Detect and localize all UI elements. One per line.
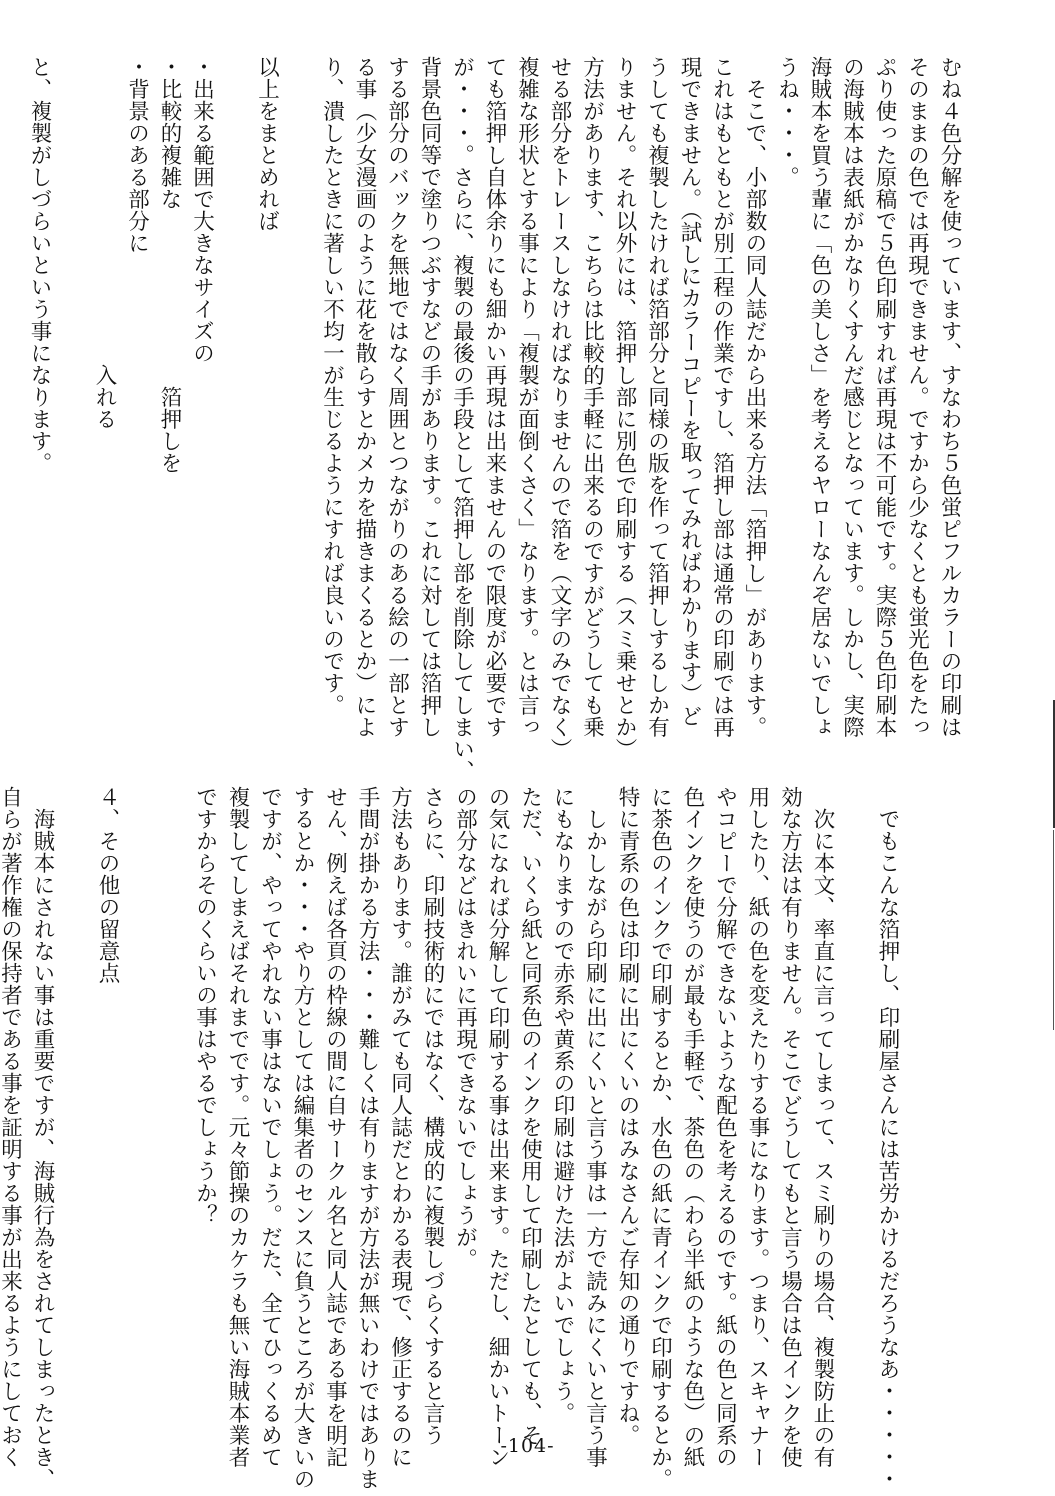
text-column: する部分のバックを無地ではなく周囲とつながりのある絵の一部とす xyxy=(380,56,413,736)
text-column: 複雑な形状とする事により「複製が面倒くさく」なります。とは言っ xyxy=(510,56,543,736)
text-column: でもこんな箔押し、印刷屋さんには苦労かけるだろうなあ・・・・・・・。 xyxy=(871,786,904,1426)
text-column: ・出来る範囲で大きなサイズの xyxy=(185,56,218,736)
text-column: 入れる xyxy=(88,56,121,736)
text-column: むね４色分解を使っています、すなわち５色蛍ピフルカラーの印刷は xyxy=(933,56,966,736)
text-column: ・背景のある部分に xyxy=(120,56,153,736)
text-column: 海賊本にされない事は重要ですが、海賊行為をされてしまったとき、 xyxy=(26,786,59,1426)
text-column: 以上をまとめれば xyxy=(250,56,283,736)
text-column: しかしながら印刷に出にくいと言う事は一方で読みにくいと言う事 xyxy=(578,786,611,1426)
text-column: に茶色のインクで印刷するとか、水色の紙に青インクで印刷するとか。 xyxy=(643,786,676,1426)
text-column: 複製してしまえばそれまでです。元々節操のカケラも無い海賊本業者 xyxy=(221,786,254,1426)
upper-text-block: むね４色分解を使っています、すなわち５色蛍ピフルカラーの印刷はそのままの色では再… xyxy=(23,56,966,736)
text-column xyxy=(218,56,251,736)
text-column: ぷり使った原稿で５色印刷すれば再現は不可能です。実際５色印刷本 xyxy=(868,56,901,736)
text-column: ですからそのくらいの事はやるでしょうか？ xyxy=(188,786,221,1426)
text-column: 特に青系の色は印刷に出にくいのはみなさんご存知の通りですね。 xyxy=(611,786,644,1426)
edge-mark-bottom xyxy=(1053,830,1054,1030)
text-column xyxy=(123,786,156,1426)
text-column: そのままの色では再現できません。ですから少なくとも蛍光色をたっ xyxy=(900,56,933,736)
text-column: 方法があります、こちらは比較的手軽に出来るのですがどうしても乗 xyxy=(575,56,608,736)
page-number: -104- xyxy=(0,1435,1055,1457)
lower-text-block: でもこんな箔押し、印刷屋さんには苦労かけるだろうなあ・・・・・・・。 次に本文、… xyxy=(0,786,903,1426)
text-column: 効な方法は有りません。そこでどうしてもと言う場合は色インクを使 xyxy=(773,786,806,1426)
text-column: やコピーで分解できないような配色を考えるのです。紙の色と同系の xyxy=(708,786,741,1426)
text-column xyxy=(838,786,871,1426)
text-column: せん、例えば各頁の枠線の間に自サークル名と同人誌である事を明記 xyxy=(318,786,351,1426)
text-column: ４、その他の留意点 xyxy=(91,786,124,1426)
text-column: するとか・・・やり方としては編集者のセンスに負うところが大きいの xyxy=(286,786,319,1426)
text-column: る事（少女漫画のように花を散らすとかメカを描きまくるとか）によ xyxy=(348,56,381,736)
text-column: り、潰したときに著しい不均一が生じるようにすれば良いのです。 xyxy=(315,56,348,736)
text-column: 海賊本を買う輩に「色の美しさ」を考えるヤローなんぞ居ないでしょ xyxy=(803,56,836,736)
text-column: ても箔押し自体余りにも細かい再現は出来ませんので限度が必要です xyxy=(478,56,511,736)
text-column: 次に本文、率直に言ってしまって、スミ刷りの場合、複製防止の有 xyxy=(806,786,839,1426)
text-column: 方法もあります。誰がみても同人誌だとわかる表現で、修正するのに xyxy=(383,786,416,1426)
text-column: これはもともとが別工程の作業ですし、箔押し部は通常の印刷では再 xyxy=(705,56,738,736)
text-column: が・・・。さらに、複製の最後の手段として箔押し部を削除してしまい、 xyxy=(445,56,478,736)
text-column: ですが、やってやれない事はないでしょう。だた、全てひっくるめて xyxy=(253,786,286,1426)
text-column: 背景色同等で塗りつぶすなどの手があります。これに対しては箔押し xyxy=(413,56,446,736)
text-column: の海賊本は表紙がかなりくすんだ感じとなっています。しかし、実際 xyxy=(835,56,868,736)
text-column xyxy=(283,56,316,736)
text-column: りません。それ以外には、箔押し部に別色で印刷する（スミ乗せとか） xyxy=(608,56,641,736)
text-column: そこで、小部数の同人誌だから出来る方法「箔押し」があります。 xyxy=(738,56,771,736)
text-column: さらに、印刷技術的にではなく、構成的に複製しづらくすると言う xyxy=(416,786,449,1426)
text-column: 現できません。（試しにカラーコピーを取ってみればわかります）ど xyxy=(673,56,706,736)
text-column: 手間が掛かる方法・・・難しくは有りますが方法が無いわけではありま xyxy=(351,786,384,1426)
text-column: 自らが著作権の保持者である事を証明する事が出来るようにしておく xyxy=(0,786,26,1426)
text-column xyxy=(58,786,91,1426)
text-column xyxy=(55,56,88,736)
text-column: ただ、いくら紙と同系色のインクを使用して印刷したとしても、そ xyxy=(513,786,546,1426)
text-column: の気になれば分解して印刷する事は出来ます。ただし、細かいトーン xyxy=(481,786,514,1426)
text-column: 色インクを使うのが最も手軽で、茶色の（わら半紙のような色）の紙 xyxy=(676,786,709,1426)
text-column: の部分などはきれいに再現できないでしょうが。 xyxy=(448,786,481,1426)
text-column: せる部分をトレースしなければなりませんので箔を（文字のみでなく） xyxy=(543,56,576,736)
text-column: うね・・・。 xyxy=(770,56,803,736)
text-column: ・比較的複雑な 箔押しを xyxy=(153,56,186,736)
text-column xyxy=(156,786,189,1426)
text-column: 用したり、紙の色を変えたりする事になります。つまり、スキャナー xyxy=(741,786,774,1426)
text-column: うしても複製したければ箔部分と同様の版を作って箔押しするしか有 xyxy=(640,56,673,736)
text-column: と、複製がしづらいという事になります。 xyxy=(23,56,56,736)
text-column: にもなりますので赤系や黄系の印刷は避けた法がよいでしょう。 xyxy=(546,786,579,1426)
